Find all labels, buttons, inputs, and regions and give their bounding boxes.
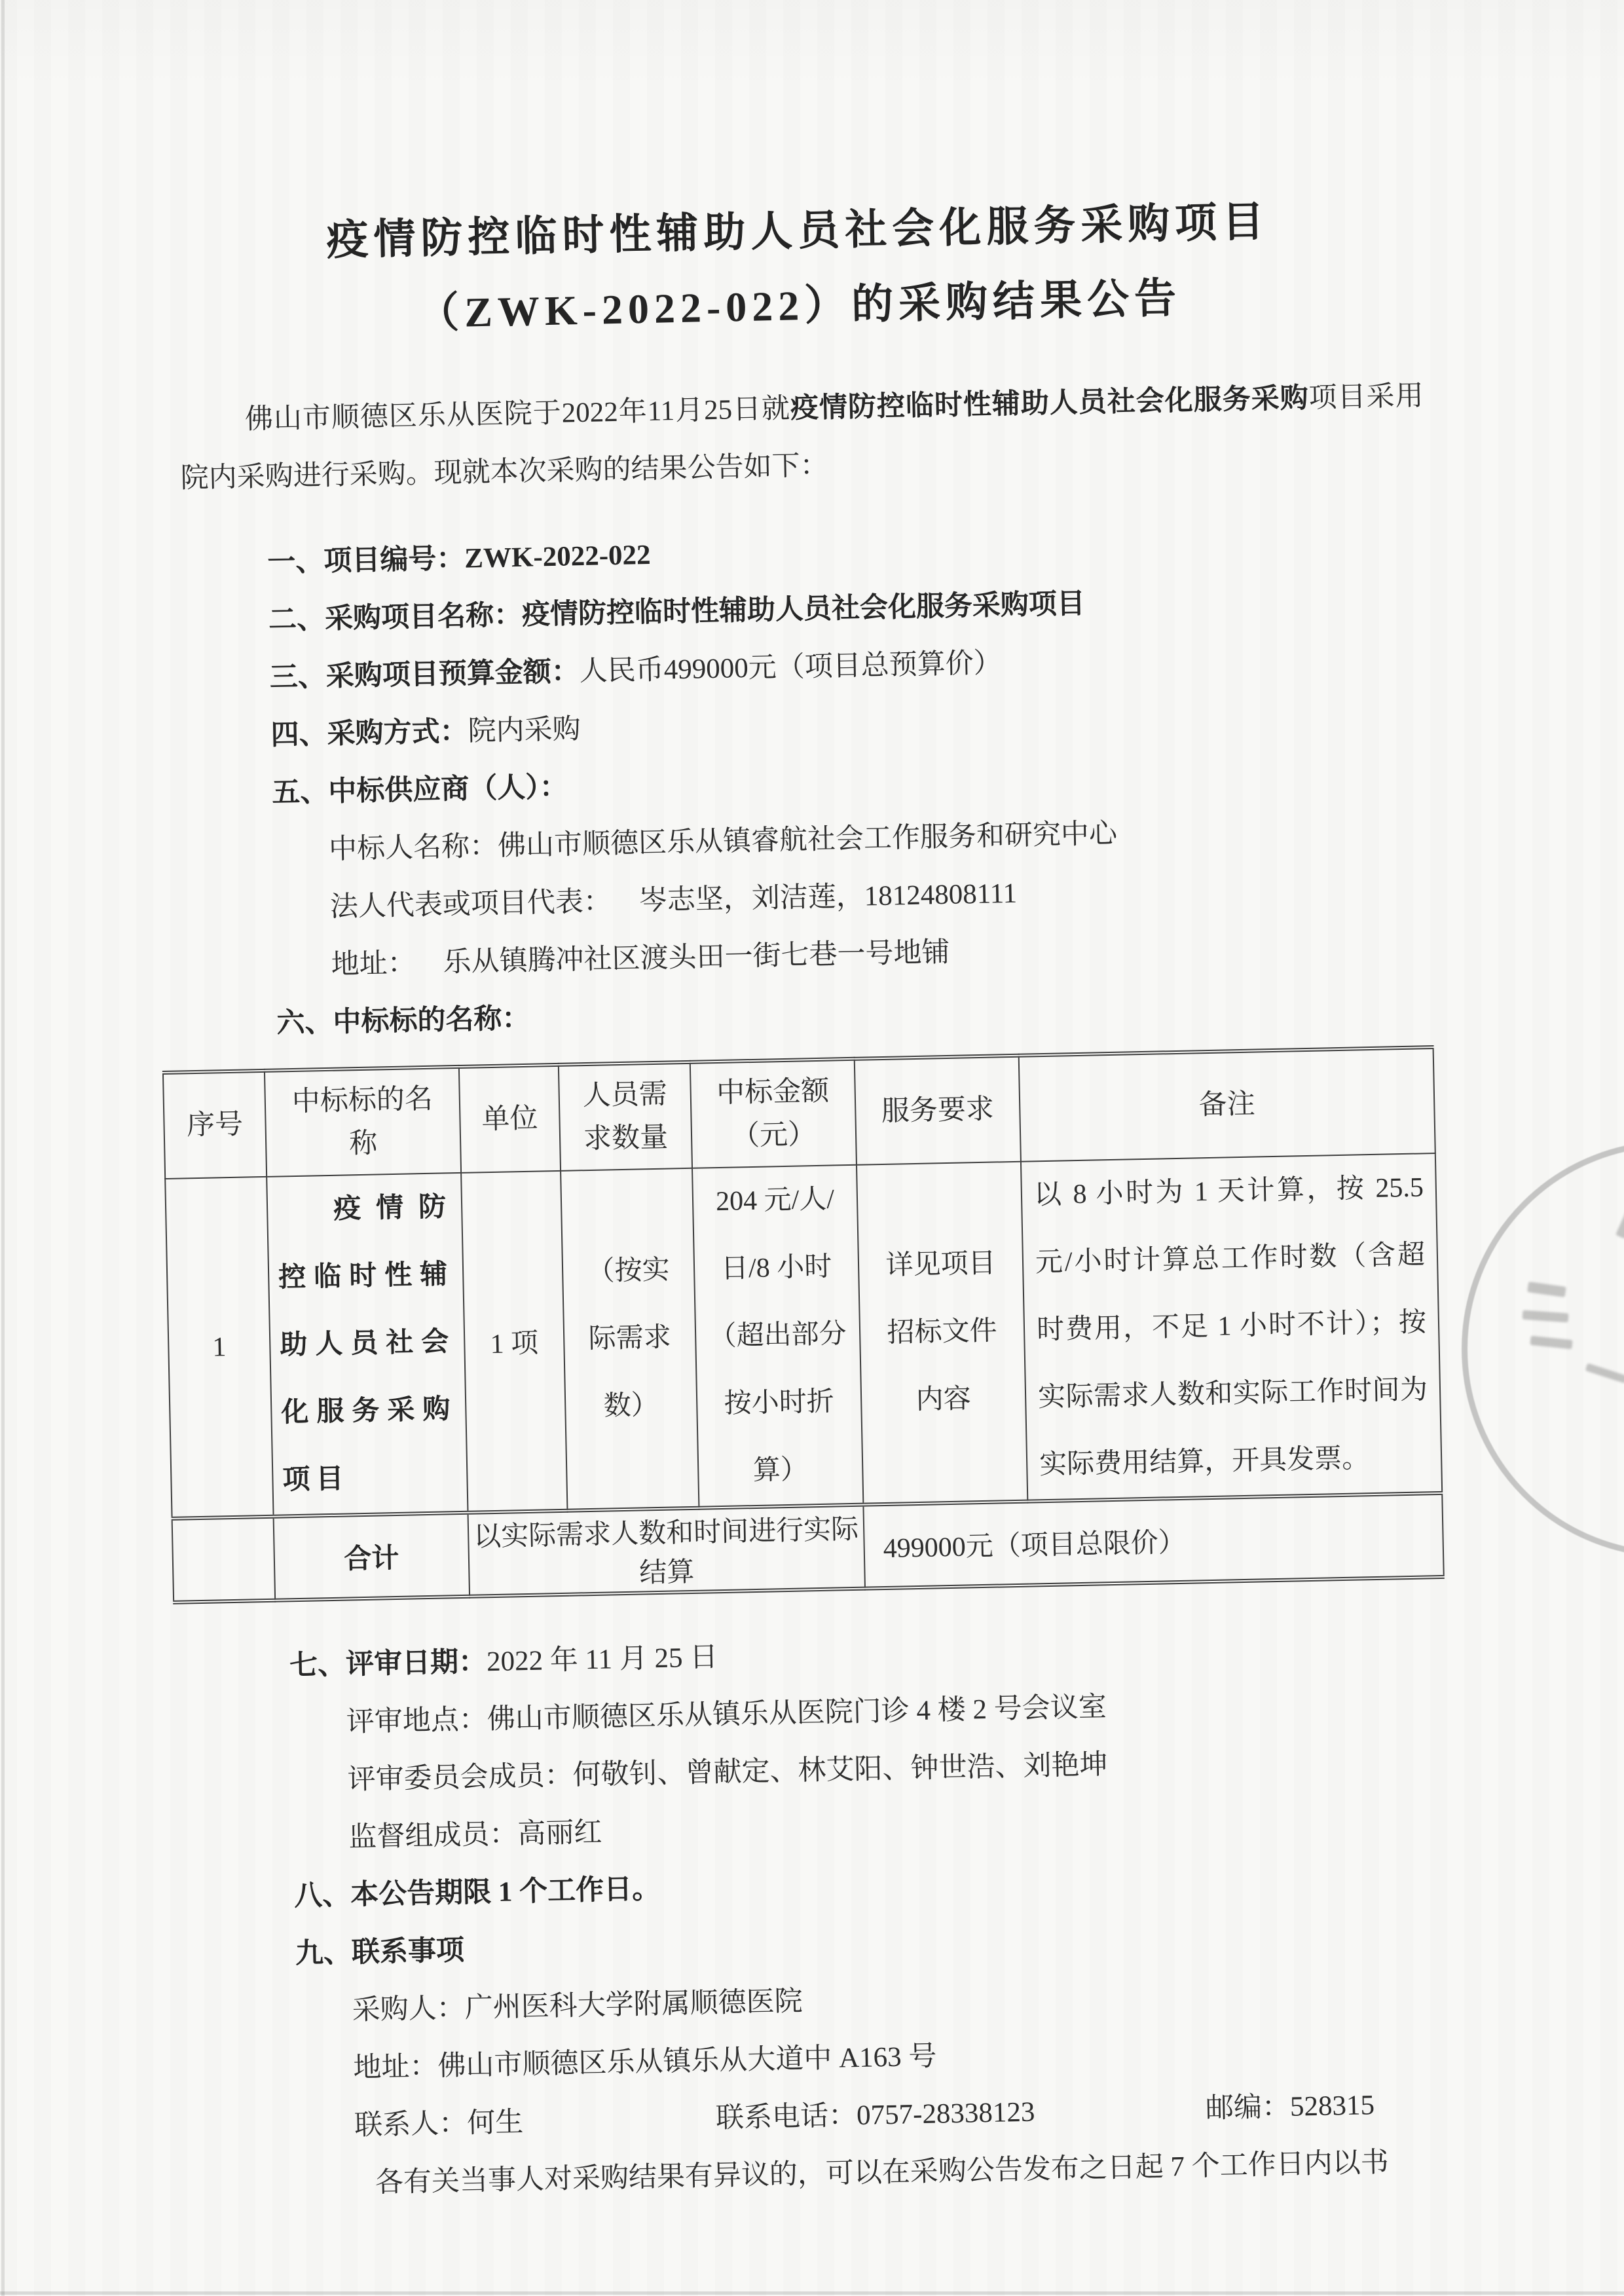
cell-remark: 以 8 小时为 1 天计算，按 25.5 元/小时计算总工作时数（含超时费用，不… <box>1021 1153 1442 1502</box>
intro-pre: 佛山市顺德区乐从医院于2022年11月25日就 <box>244 394 790 435</box>
seal-mark <box>1585 1363 1624 1383</box>
intro-project-name: 疫情防控临时性辅助人员社会化服务采购 <box>790 383 1310 424</box>
cell-service-requirement: 详见项目招标文件内容 <box>857 1162 1027 1505</box>
cell-total-settlement: 以实际需求人数和时间进行实际结算 <box>468 1505 865 1597</box>
contact-purchaser-label: 采购人： <box>352 1993 465 2026</box>
cell-total-label: 合计 <box>274 1513 470 1601</box>
supplier-winner-label: 中标人名称： <box>329 831 498 865</box>
item-procurement-method-label: 四、采购方式： <box>270 716 468 751</box>
scan-edge-bottom <box>0 2291 1624 2295</box>
cell-unit: 1 项 <box>461 1171 567 1513</box>
cell-staff-demand: （按实际需求数） <box>561 1168 699 1511</box>
supplier-address-value: 乐从镇腾冲社区渡头田一街七巷一号地铺 <box>443 937 950 978</box>
header-staff-demand: 人员需求数量 <box>559 1062 692 1171</box>
document-title: 疫情防控临时性辅助人员社会化服务采购项目 （ZWK-2022-022）的采购结果… <box>175 181 1422 356</box>
item-review-date-label: 七、评审日期： <box>289 1646 487 1681</box>
item-project-number-value: ZWK-2022-022 <box>464 540 651 574</box>
cell-total-empty <box>172 1517 276 1602</box>
review-committee-label: 评审委员会成员： <box>347 1760 573 1796</box>
contact-person-label: 联系人： <box>354 2108 468 2141</box>
header-unit: 单位 <box>459 1065 561 1173</box>
item-award-subject-label: 六、中标标的名称： <box>276 1003 530 1039</box>
seal-mark <box>1527 1282 1566 1297</box>
contact-address-label: 地址： <box>353 2051 438 2084</box>
contact-purchaser-value: 广州医科大学附属顺德医院 <box>464 1986 803 2024</box>
award-table: 序号 中标标的名称 单位 人员需求数量 中标金额（元） 服务要求 备注 1 疫情… <box>162 1045 1445 1604</box>
review-supervisor-value: 高丽红 <box>517 1817 602 1850</box>
official-seal <box>1462 1141 1624 1557</box>
item-project-number-label: 一、项目编号： <box>267 544 465 578</box>
review-supervisor-label: 监督组成员： <box>348 1819 518 1853</box>
contact-postcode: 邮编：528315 <box>1206 2090 1375 2124</box>
item-budget-label: 三、采购项目预算金额： <box>269 656 580 693</box>
header-subject-name: 中标标的名称 <box>265 1067 461 1177</box>
header-service-requirement: 服务要求 <box>855 1056 1021 1165</box>
supplier-representative-label: 法人代表或项目代表： <box>329 886 612 923</box>
item-project-name-value: 疫情防控临时性辅助人员社会化服务采购项目 <box>522 589 1086 631</box>
supplier-winner-value: 佛山市顺德区乐从镇睿航社会工作服务和研究中心 <box>498 819 1118 862</box>
contact-phone-label: 联系电话： <box>716 2100 857 2134</box>
item-winning-supplier-label: 五、中标供应商（人）： <box>272 772 568 809</box>
contact-postcode-label: 邮编： <box>1206 2092 1291 2124</box>
scanned-document-page: 疫情防控临时性辅助人员社会化服务采购项目 （ZWK-2022-022）的采购结果… <box>0 0 1624 2296</box>
review-location-label: 评审地点： <box>346 1704 487 1737</box>
contact-postcode-value: 528315 <box>1290 2090 1375 2122</box>
seal-mark <box>1530 1336 1572 1350</box>
header-award-amount: 中标金额（元） <box>690 1059 857 1168</box>
item-procurement-method-value: 院内采购 <box>468 714 581 747</box>
review-location-value: 佛山市顺德区乐从镇乐从医院门诊 4 楼 2 号会议室 <box>487 1692 1107 1735</box>
supplier-address-label: 地址： <box>331 948 416 980</box>
supplier-representative-value: 岑志坚，刘洁莲，18124808111 <box>638 878 1017 917</box>
seal-mark <box>1615 1204 1624 1239</box>
document-content: 疫情防控临时性辅助人员社会化服务采购项目 （ZWK-2022-022）的采购结果… <box>175 181 1459 2215</box>
item-contact-matters-label: 九、联系事项 <box>295 1935 465 1969</box>
header-seq: 序号 <box>163 1071 267 1179</box>
cell-award-amount: 204 元/人/日/8 小时（超出部分按小时折算） <box>692 1165 863 1508</box>
review-committee-value: 何敬钊、曾献定、林艾阳、钟世浩、刘艳坤 <box>572 1749 1108 1790</box>
contact-person: 联系人：何生 <box>354 2090 716 2155</box>
contact-phone-value: 0757-28338123 <box>857 2097 1035 2131</box>
cell-subject-name: 疫情防控临时性辅助人员社会化服务采购项目 <box>267 1173 468 1517</box>
seal-mark <box>1522 1310 1569 1323</box>
header-remark: 备注 <box>1019 1047 1435 1162</box>
cell-seq: 1 <box>165 1177 273 1519</box>
award-table-row: 1 疫情防控临时性辅助人员社会化服务采购项目 1 项 （按实际需求数） 204 … <box>165 1153 1442 1519</box>
cell-total-amount: 499000元（项目总限价） <box>863 1493 1443 1589</box>
item-review-date-value: 2022 年 11 月 25 日 <box>487 1642 718 1677</box>
contact-person-value: 何生 <box>467 2107 524 2139</box>
contact-phone: 联系电话：0757-28338123 <box>715 2080 1206 2147</box>
item-budget-value: 人民币499000元（项目总预算价） <box>579 648 1002 687</box>
scan-edge-left <box>1 0 5 2296</box>
item-project-name-label: 二、采购项目名称： <box>268 600 523 636</box>
item-notice-period-label: 八、本公告期限 1 个工作日。 <box>294 1874 661 1912</box>
contact-address-value: 佛山市顺德区乐从镇乐从大道中 A163 号 <box>437 2041 937 2082</box>
intro-paragraph: 佛山市顺德区乐从医院于2022年11月25日就疫情防控临时性辅助人员社会化服务采… <box>179 367 1425 508</box>
